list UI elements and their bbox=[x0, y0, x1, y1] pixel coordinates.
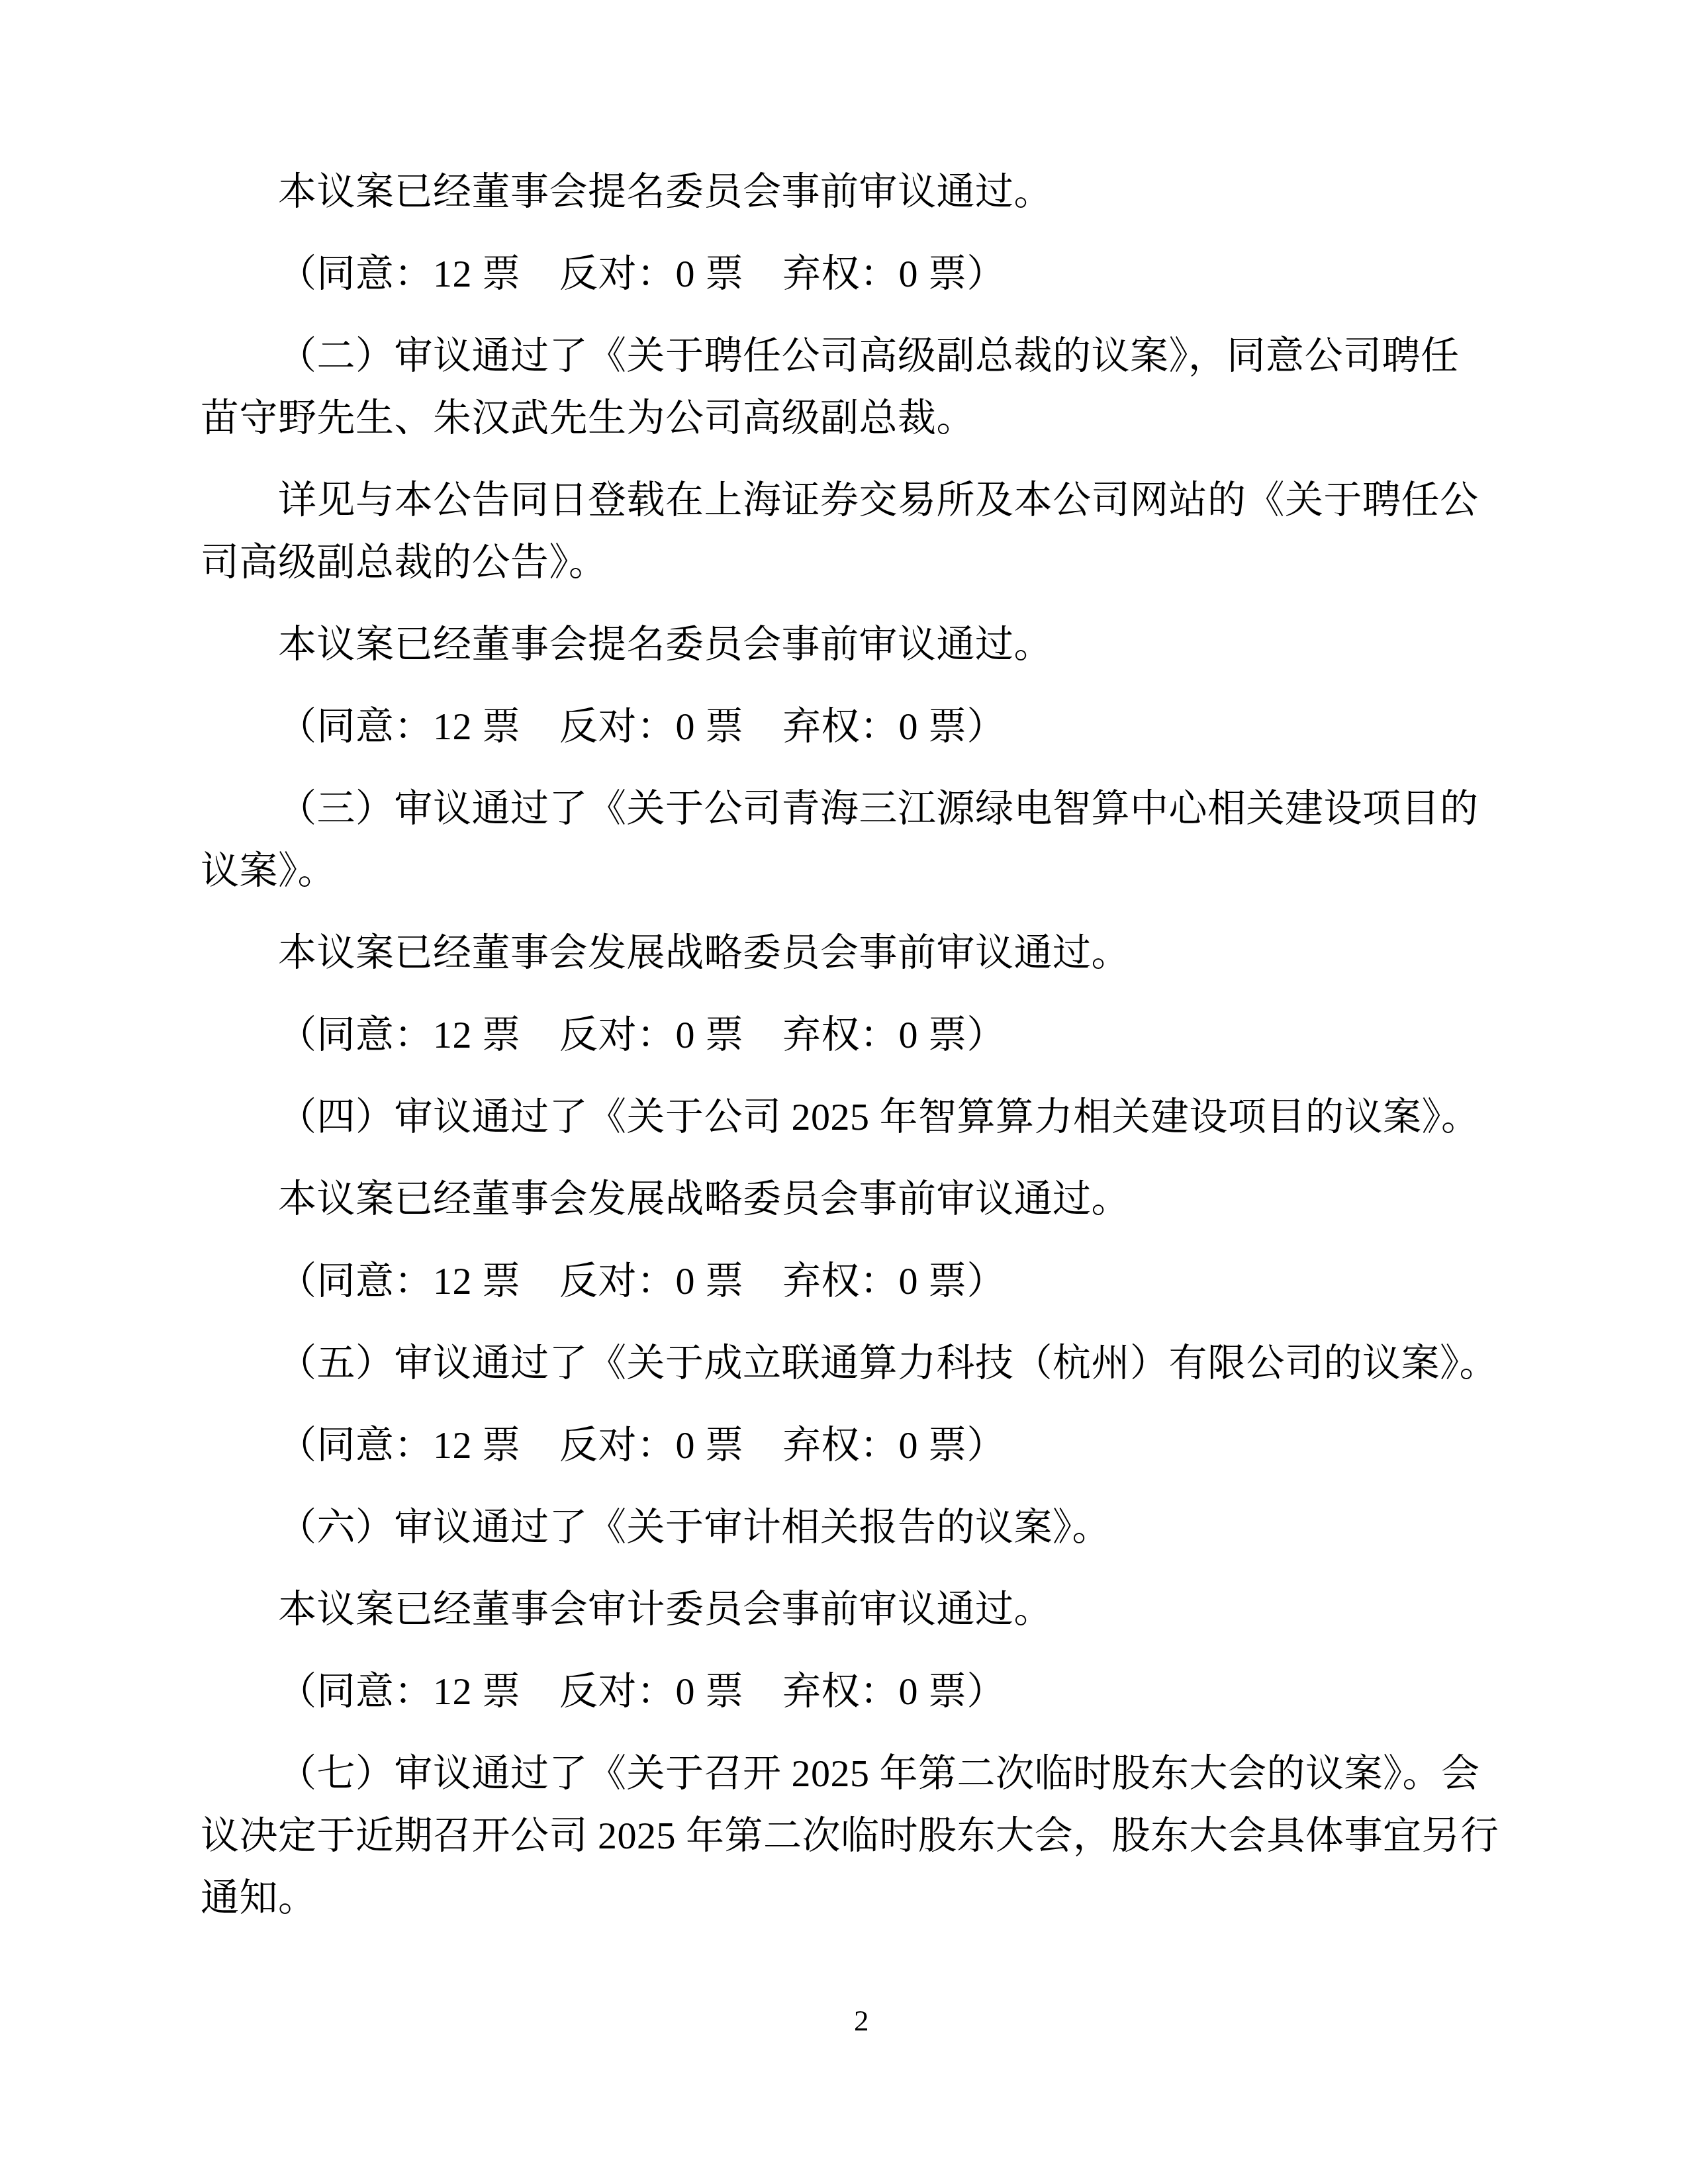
text-line: （同意：12 票 反对：0 票 弃权：0 票） bbox=[201, 1661, 1489, 1723]
text-line: 本议案已经董事会发展战略委员会事前审议通过。 bbox=[201, 1168, 1489, 1230]
text-line: （二）审议通过了《关于聘任公司高级副总裁的议案》，同意公司聘任 bbox=[201, 325, 1489, 387]
paragraph: 详见与本公告同日登载在上海证券交易所及本公司网站的《关于聘任公司高级副总裁的公告… bbox=[201, 469, 1489, 594]
paragraph: （二）审议通过了《关于聘任公司高级副总裁的议案》，同意公司聘任苗守野先生、朱汉武… bbox=[201, 325, 1489, 449]
text-line: 议决定于近期召开公司 2025 年第二次临时股东大会，股东大会具体事宜另行 bbox=[201, 1805, 1489, 1867]
text-line: 本议案已经董事会发展战略委员会事前审议通过。 bbox=[201, 922, 1489, 984]
text-line: 本议案已经董事会审计委员会事前审议通过。 bbox=[201, 1578, 1489, 1641]
text-line: 议案》。 bbox=[201, 840, 1489, 902]
text-line: 司高级副总裁的公告》。 bbox=[201, 531, 1489, 594]
text-line: 本议案已经董事会提名委员会事前审议通过。 bbox=[201, 161, 1489, 223]
paragraph: （三）审议通过了《关于公司青海三江源绿电智算中心相关建设项目的议案》。 bbox=[201, 778, 1489, 902]
text-line: （五）审议通过了《关于成立联通算力科技（杭州）有限公司的议案》。 bbox=[201, 1332, 1489, 1394]
text-line: 通知。 bbox=[201, 1867, 1489, 1929]
text-line: （三）审议通过了《关于公司青海三江源绿电智算中心相关建设项目的 bbox=[201, 778, 1489, 840]
paragraph: 本议案已经董事会提名委员会事前审议通过。 bbox=[201, 161, 1489, 223]
text-line: 苗守野先生、朱汉武先生为公司高级副总裁。 bbox=[201, 387, 1489, 449]
text-line: （六）审议通过了《关于审计相关报告的议案》。 bbox=[201, 1496, 1489, 1559]
document-body: 本议案已经董事会提名委员会事前审议通过。（同意：12 票 反对：0 票 弃权：0… bbox=[201, 161, 1489, 1949]
paragraph: 本议案已经董事会审计委员会事前审议通过。 bbox=[201, 1578, 1489, 1641]
text-line: （同意：12 票 反对：0 票 弃权：0 票） bbox=[201, 243, 1489, 305]
paragraph: 本议案已经董事会发展战略委员会事前审议通过。 bbox=[201, 1168, 1489, 1230]
text-line: （同意：12 票 反对：0 票 弃权：0 票） bbox=[201, 1250, 1489, 1312]
paragraph: 本议案已经董事会提名委员会事前审议通过。 bbox=[201, 614, 1489, 676]
text-line: （同意：12 票 反对：0 票 弃权：0 票） bbox=[201, 1004, 1489, 1066]
paragraph: （同意：12 票 反对：0 票 弃权：0 票） bbox=[201, 1250, 1489, 1312]
text-line: （同意：12 票 反对：0 票 弃权：0 票） bbox=[201, 1414, 1489, 1477]
paragraph: （同意：12 票 反对：0 票 弃权：0 票） bbox=[201, 1661, 1489, 1723]
text-line: （七）审议通过了《关于召开 2025 年第二次临时股东大会的议案》。会 bbox=[201, 1743, 1489, 1805]
paragraph: （同意：12 票 反对：0 票 弃权：0 票） bbox=[201, 696, 1489, 758]
paragraph: （六）审议通过了《关于审计相关报告的议案》。 bbox=[201, 1496, 1489, 1559]
page-number: 2 bbox=[854, 2006, 869, 2036]
paragraph: （同意：12 票 反对：0 票 弃权：0 票） bbox=[201, 1414, 1489, 1477]
document-page: 本议案已经董事会提名委员会事前审议通过。（同意：12 票 反对：0 票 弃权：0… bbox=[0, 0, 1688, 2184]
text-line: （同意：12 票 反对：0 票 弃权：0 票） bbox=[201, 696, 1489, 758]
text-line: （四）审议通过了《关于公司 2025 年智算算力相关建设项目的议案》。 bbox=[201, 1086, 1489, 1148]
paragraph: （同意：12 票 反对：0 票 弃权：0 票） bbox=[201, 1004, 1489, 1066]
text-line: 本议案已经董事会提名委员会事前审议通过。 bbox=[201, 614, 1489, 676]
text-line: 详见与本公告同日登载在上海证券交易所及本公司网站的《关于聘任公 bbox=[201, 469, 1489, 531]
paragraph: （七）审议通过了《关于召开 2025 年第二次临时股东大会的议案》。会议决定于近… bbox=[201, 1743, 1489, 1929]
paragraph: （同意：12 票 反对：0 票 弃权：0 票） bbox=[201, 243, 1489, 305]
paragraph: 本议案已经董事会发展战略委员会事前审议通过。 bbox=[201, 922, 1489, 984]
paragraph: （五）审议通过了《关于成立联通算力科技（杭州）有限公司的议案》。 bbox=[201, 1332, 1489, 1394]
paragraph: （四）审议通过了《关于公司 2025 年智算算力相关建设项目的议案》。 bbox=[201, 1086, 1489, 1148]
